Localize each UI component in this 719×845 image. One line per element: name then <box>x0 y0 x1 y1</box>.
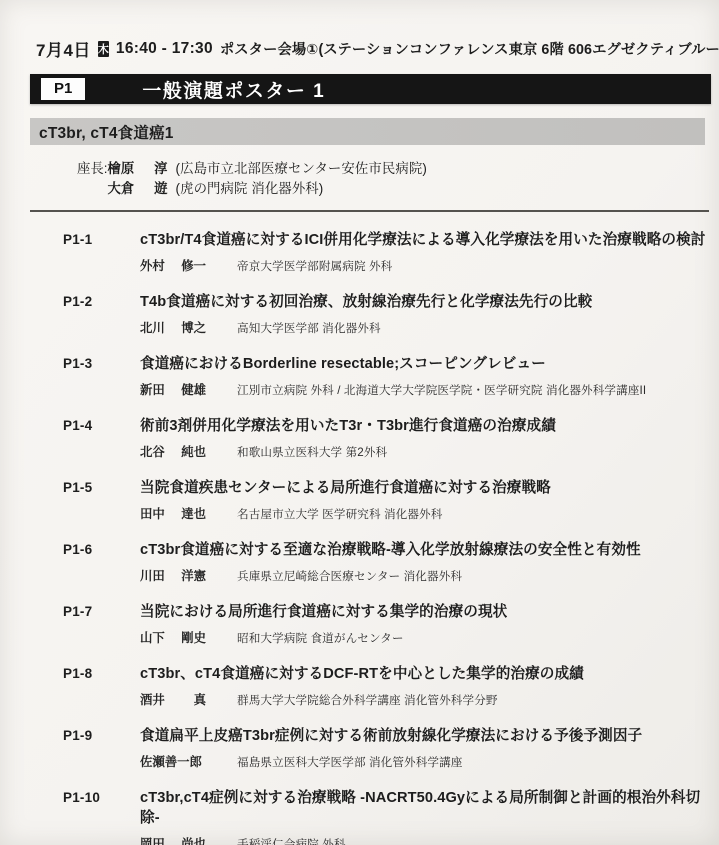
presenter-affiliation: 江別市立病院 外科 / 北海道大学大学院医学院・医学研究院 消化器外科学講座II <box>237 382 646 398</box>
presentation-row: P1-7 当院における局所進行食道癌に対する集学的治療の現状 山下剛史 昭和大学… <box>30 602 711 646</box>
presentation-code: P1-4 <box>63 416 140 460</box>
presentation-presenter-line: 田中達也 名古屋市立大学 医学研究科 消化器外科 <box>140 504 711 522</box>
presenter-family-name: 新田 <box>140 380 165 398</box>
presentation-code: P1-3 <box>63 354 140 398</box>
presentation-title: 食道扁平上皮癌T3br症例に対する術前放射線化学療法における予後予測因子 <box>140 726 711 746</box>
divider-rule <box>30 210 709 212</box>
presentation-row: P1-3 食道癌におけるBorderline resectable;スコーピング… <box>30 354 711 398</box>
presentation-code: P1-8 <box>63 664 140 708</box>
presenter-name: 酒井真 <box>140 690 206 708</box>
chair-given-name: 淳 <box>154 159 167 179</box>
presenter-affiliation: 昭和大学病院 食道がんセンター <box>237 630 404 646</box>
presenter-given-name: 真 <box>194 690 206 708</box>
presentation-code: P1-7 <box>63 602 140 646</box>
session-venue: ポスター会場①(ステーションコンファレンス東京 6階 606エグゼクティブルーム… <box>220 39 719 59</box>
presenter-family-name: 岡田 <box>140 834 165 845</box>
presentation-presenter-line: 佐瀬善一郎 福島県立医科大学医学部 消化管外科学講座 <box>140 752 711 770</box>
presenter-family-name: 外村 <box>140 256 165 274</box>
presentation-row: P1-2 T4b食道癌に対する初回治療、放射線治療先行と化学療法先行の比較 北川… <box>30 292 711 336</box>
presentation-presenter-line: 外村修一 帝京大学医学部附属病院 外科 <box>140 256 711 274</box>
presentation-row: P1-10 cT3br,cT4症例に対する治療戦略 -NACRT50.4Gyによ… <box>30 788 711 845</box>
presentation-presenter-line: 新田健雄 江別市立病院 外科 / 北海道大学大学院医学院・医学研究院 消化器外科… <box>140 380 711 398</box>
presentation-title: T4b食道癌に対する初回治療、放射線治療先行と化学療法先行の比較 <box>140 292 711 312</box>
presenter-name: 新田健雄 <box>140 380 206 398</box>
presenter-family-name: 北谷 <box>140 442 165 460</box>
presenter-affiliation: 群馬大学大学院総合外科学講座 消化管外科学分野 <box>237 692 498 708</box>
presenter-given-name: 剛史 <box>181 628 206 646</box>
presentation-code: P1-5 <box>63 478 140 522</box>
presenter-affiliation: 帝京大学医学部附属病院 外科 <box>237 258 392 274</box>
chair-rows: 檜原淳 (広島市立北部医療センター安佐市民病院) 大倉遊 (虎の門病院 消化器外… <box>108 159 427 199</box>
presentation-body: 当院における局所進行食道癌に対する集学的治療の現状 山下剛史 昭和大学病院 食道… <box>140 602 711 646</box>
presenter-affiliation: 手稲渓仁会病院 外科 <box>237 836 346 845</box>
presenter-given-name: 健雄 <box>181 380 206 398</box>
presenter-given-name: 達也 <box>181 504 206 522</box>
presentation-title: 当院食道疾患センターによる局所進行食道癌に対する治療戦略 <box>140 478 711 498</box>
presentation-body: 術前3剤併用化学療法を用いたT3r・T3br進行食道癌の治療成績 北谷純也 和歌… <box>140 416 711 460</box>
presentation-body: 食道扁平上皮癌T3br症例に対する術前放射線化学療法における予後予測因子 佐瀬善… <box>140 726 711 770</box>
presenter-family-name: 田中 <box>140 504 165 522</box>
presentation-presenter-line: 川田洋憲 兵庫県立尼崎総合医療センター 消化器外科 <box>140 566 711 584</box>
chair-affiliation: (虎の門病院 消化器外科) <box>176 179 324 199</box>
presentation-list: P1-1 cT3br/T4食道癌に対するICI併用化学療法による導入化学療法を用… <box>30 230 711 845</box>
presenter-family-name: 北川 <box>140 318 165 336</box>
presenter-name: 川田洋憲 <box>140 566 206 584</box>
presentation-body: 当院食道疾患センターによる局所進行食道癌に対する治療戦略 田中達也 名古屋市立大… <box>140 478 711 522</box>
presenter-family-name: 山下 <box>140 628 165 646</box>
presenter-name: 外村修一 <box>140 256 206 274</box>
chair-row: 大倉遊 (虎の門病院 消化器外科) <box>108 179 427 199</box>
session-title: 一般演題ポスター 1 <box>142 76 325 103</box>
presentation-title: 術前3剤併用化学療法を用いたT3r・T3br進行食道癌の治療成績 <box>140 416 711 436</box>
presentation-title: cT3br、cT4食道癌に対するDCF-RTを中心とした集学的治療の成績 <box>140 664 711 684</box>
chair-affiliation: (広島市立北部医療センター安佐市民病院) <box>176 159 427 179</box>
presenter-name: 北川博之 <box>140 318 206 336</box>
presentation-title: 当院における局所進行食道癌に対する集学的治療の現状 <box>140 602 711 622</box>
presentation-row: P1-4 術前3剤併用化学療法を用いたT3r・T3br進行食道癌の治療成績 北谷… <box>30 416 711 460</box>
chair-given-name: 遊 <box>154 179 167 199</box>
presentation-row: P1-9 食道扁平上皮癌T3br症例に対する術前放射線化学療法における予後予測因… <box>30 726 711 770</box>
chair-name: 檜原淳 <box>108 159 168 179</box>
presentation-code: P1-6 <box>63 540 140 584</box>
presenter-affiliation: 高知大学医学部 消化器外科 <box>237 320 381 336</box>
presentation-row: P1-6 cT3br食道癌に対する至適な治療戦略-導入化学放射線療法の安全性と有… <box>30 540 711 584</box>
presentation-body: cT3br/T4食道癌に対するICI併用化学療法による導入化学療法を用いた治療戦… <box>140 230 711 274</box>
presentation-body: cT3br食道癌に対する至適な治療戦略-導入化学放射線療法の安全性と有効性 川田… <box>140 540 711 584</box>
chair-family-name: 大倉 <box>108 179 135 199</box>
presentation-body: 食道癌におけるBorderline resectable;スコーピングレビュー … <box>140 354 711 398</box>
presentation-body: cT3br、cT4食道癌に対するDCF-RTを中心とした集学的治療の成績 酒井真… <box>140 664 711 708</box>
session-date: 7月4日 <box>36 36 91 61</box>
presentation-title: cT3br,cT4症例に対する治療戦略 -NACRT50.4Gyによる局所制御と… <box>140 788 711 828</box>
presenter-name: 岡田尚也 <box>140 834 206 845</box>
presentation-code: P1-10 <box>63 788 140 845</box>
presentation-row: P1-8 cT3br、cT4食道癌に対するDCF-RTを中心とした集学的治療の成… <box>30 664 711 708</box>
chair-row: 檜原淳 (広島市立北部医療センター安佐市民病院) <box>108 159 427 179</box>
session-category-bar: cT3br, cT4食道癌1 <box>30 118 705 145</box>
presentation-code: P1-2 <box>63 292 140 336</box>
session-code-badge: P1 <box>41 78 85 100</box>
presenter-affiliation: 名古屋市立大学 医学研究科 消化器外科 <box>237 506 442 522</box>
presentation-body: T4b食道癌に対する初回治療、放射線治療先行と化学療法先行の比較 北川博之 高知… <box>140 292 711 336</box>
presenter-given-name: 尚也 <box>181 834 206 845</box>
presenter-given-name: 洋憲 <box>181 566 206 584</box>
presenter-name: 北谷純也 <box>140 442 206 460</box>
session-time: 16:40 - 17:30 <box>116 40 213 58</box>
chair-family-name: 檜原 <box>108 159 135 179</box>
presenter-name: 佐瀬善一郎 <box>140 752 206 770</box>
presentation-code: P1-9 <box>63 726 140 770</box>
presentation-presenter-line: 酒井真 群馬大学大学院総合外科学講座 消化管外科学分野 <box>140 690 711 708</box>
presenter-given-name: 純也 <box>181 442 206 460</box>
presenter-given-name: 博之 <box>181 318 206 336</box>
presentation-row: P1-1 cT3br/T4食道癌に対するICI併用化学療法による導入化学療法を用… <box>30 230 711 274</box>
weekday-badge: 木 <box>98 41 109 57</box>
presentation-presenter-line: 北谷純也 和歌山県立医科大学 第2外科 <box>140 442 711 460</box>
program-page: 7月4日 木 16:40 - 17:30 ポスター会場①(ステーションコンファレ… <box>0 0 719 845</box>
chair-name: 大倉遊 <box>108 179 168 199</box>
presentation-presenter-line: 岡田尚也 手稲渓仁会病院 外科 <box>140 834 711 845</box>
presentation-presenter-line: 北川博之 高知大学医学部 消化器外科 <box>140 318 711 336</box>
presenter-affiliation: 兵庫県立尼崎総合医療センター 消化器外科 <box>237 568 462 584</box>
presentation-body: cT3br,cT4症例に対する治療戦略 -NACRT50.4Gyによる局所制御と… <box>140 788 711 845</box>
presentation-title: cT3br食道癌に対する至適な治療戦略-導入化学放射線療法の安全性と有効性 <box>140 540 711 560</box>
presentation-code: P1-1 <box>63 230 140 274</box>
presenter-family-name: 川田 <box>140 566 165 584</box>
session-datetime-header: 7月4日 木 16:40 - 17:30 ポスター会場①(ステーションコンファレ… <box>36 36 711 61</box>
session-title-bar: P1 一般演題ポスター 1 <box>30 74 711 104</box>
presentation-presenter-line: 山下剛史 昭和大学病院 食道がんセンター <box>140 628 711 646</box>
presenter-given-name: 修一 <box>181 256 206 274</box>
presentation-title: cT3br/T4食道癌に対するICI併用化学療法による導入化学療法を用いた治療戦… <box>140 230 711 250</box>
presenter-name: 田中達也 <box>140 504 206 522</box>
presenter-affiliation: 福島県立医科大学医学部 消化管外科学講座 <box>237 754 463 770</box>
presenter-name: 山下剛史 <box>140 628 206 646</box>
presenter-family-name: 佐瀬善一郎 <box>140 752 202 770</box>
presenter-family-name: 酒井 <box>140 690 165 708</box>
chairs-label: 座長: <box>77 159 108 199</box>
chairs-block: 座長: 檜原淳 (広島市立北部医療センター安佐市民病院) 大倉遊 (虎の門病院 … <box>77 159 711 199</box>
presenter-affiliation: 和歌山県立医科大学 第2外科 <box>237 444 387 460</box>
presentation-row: P1-5 当院食道疾患センターによる局所進行食道癌に対する治療戦略 田中達也 名… <box>30 478 711 522</box>
presentation-title: 食道癌におけるBorderline resectable;スコーピングレビュー <box>140 354 711 374</box>
